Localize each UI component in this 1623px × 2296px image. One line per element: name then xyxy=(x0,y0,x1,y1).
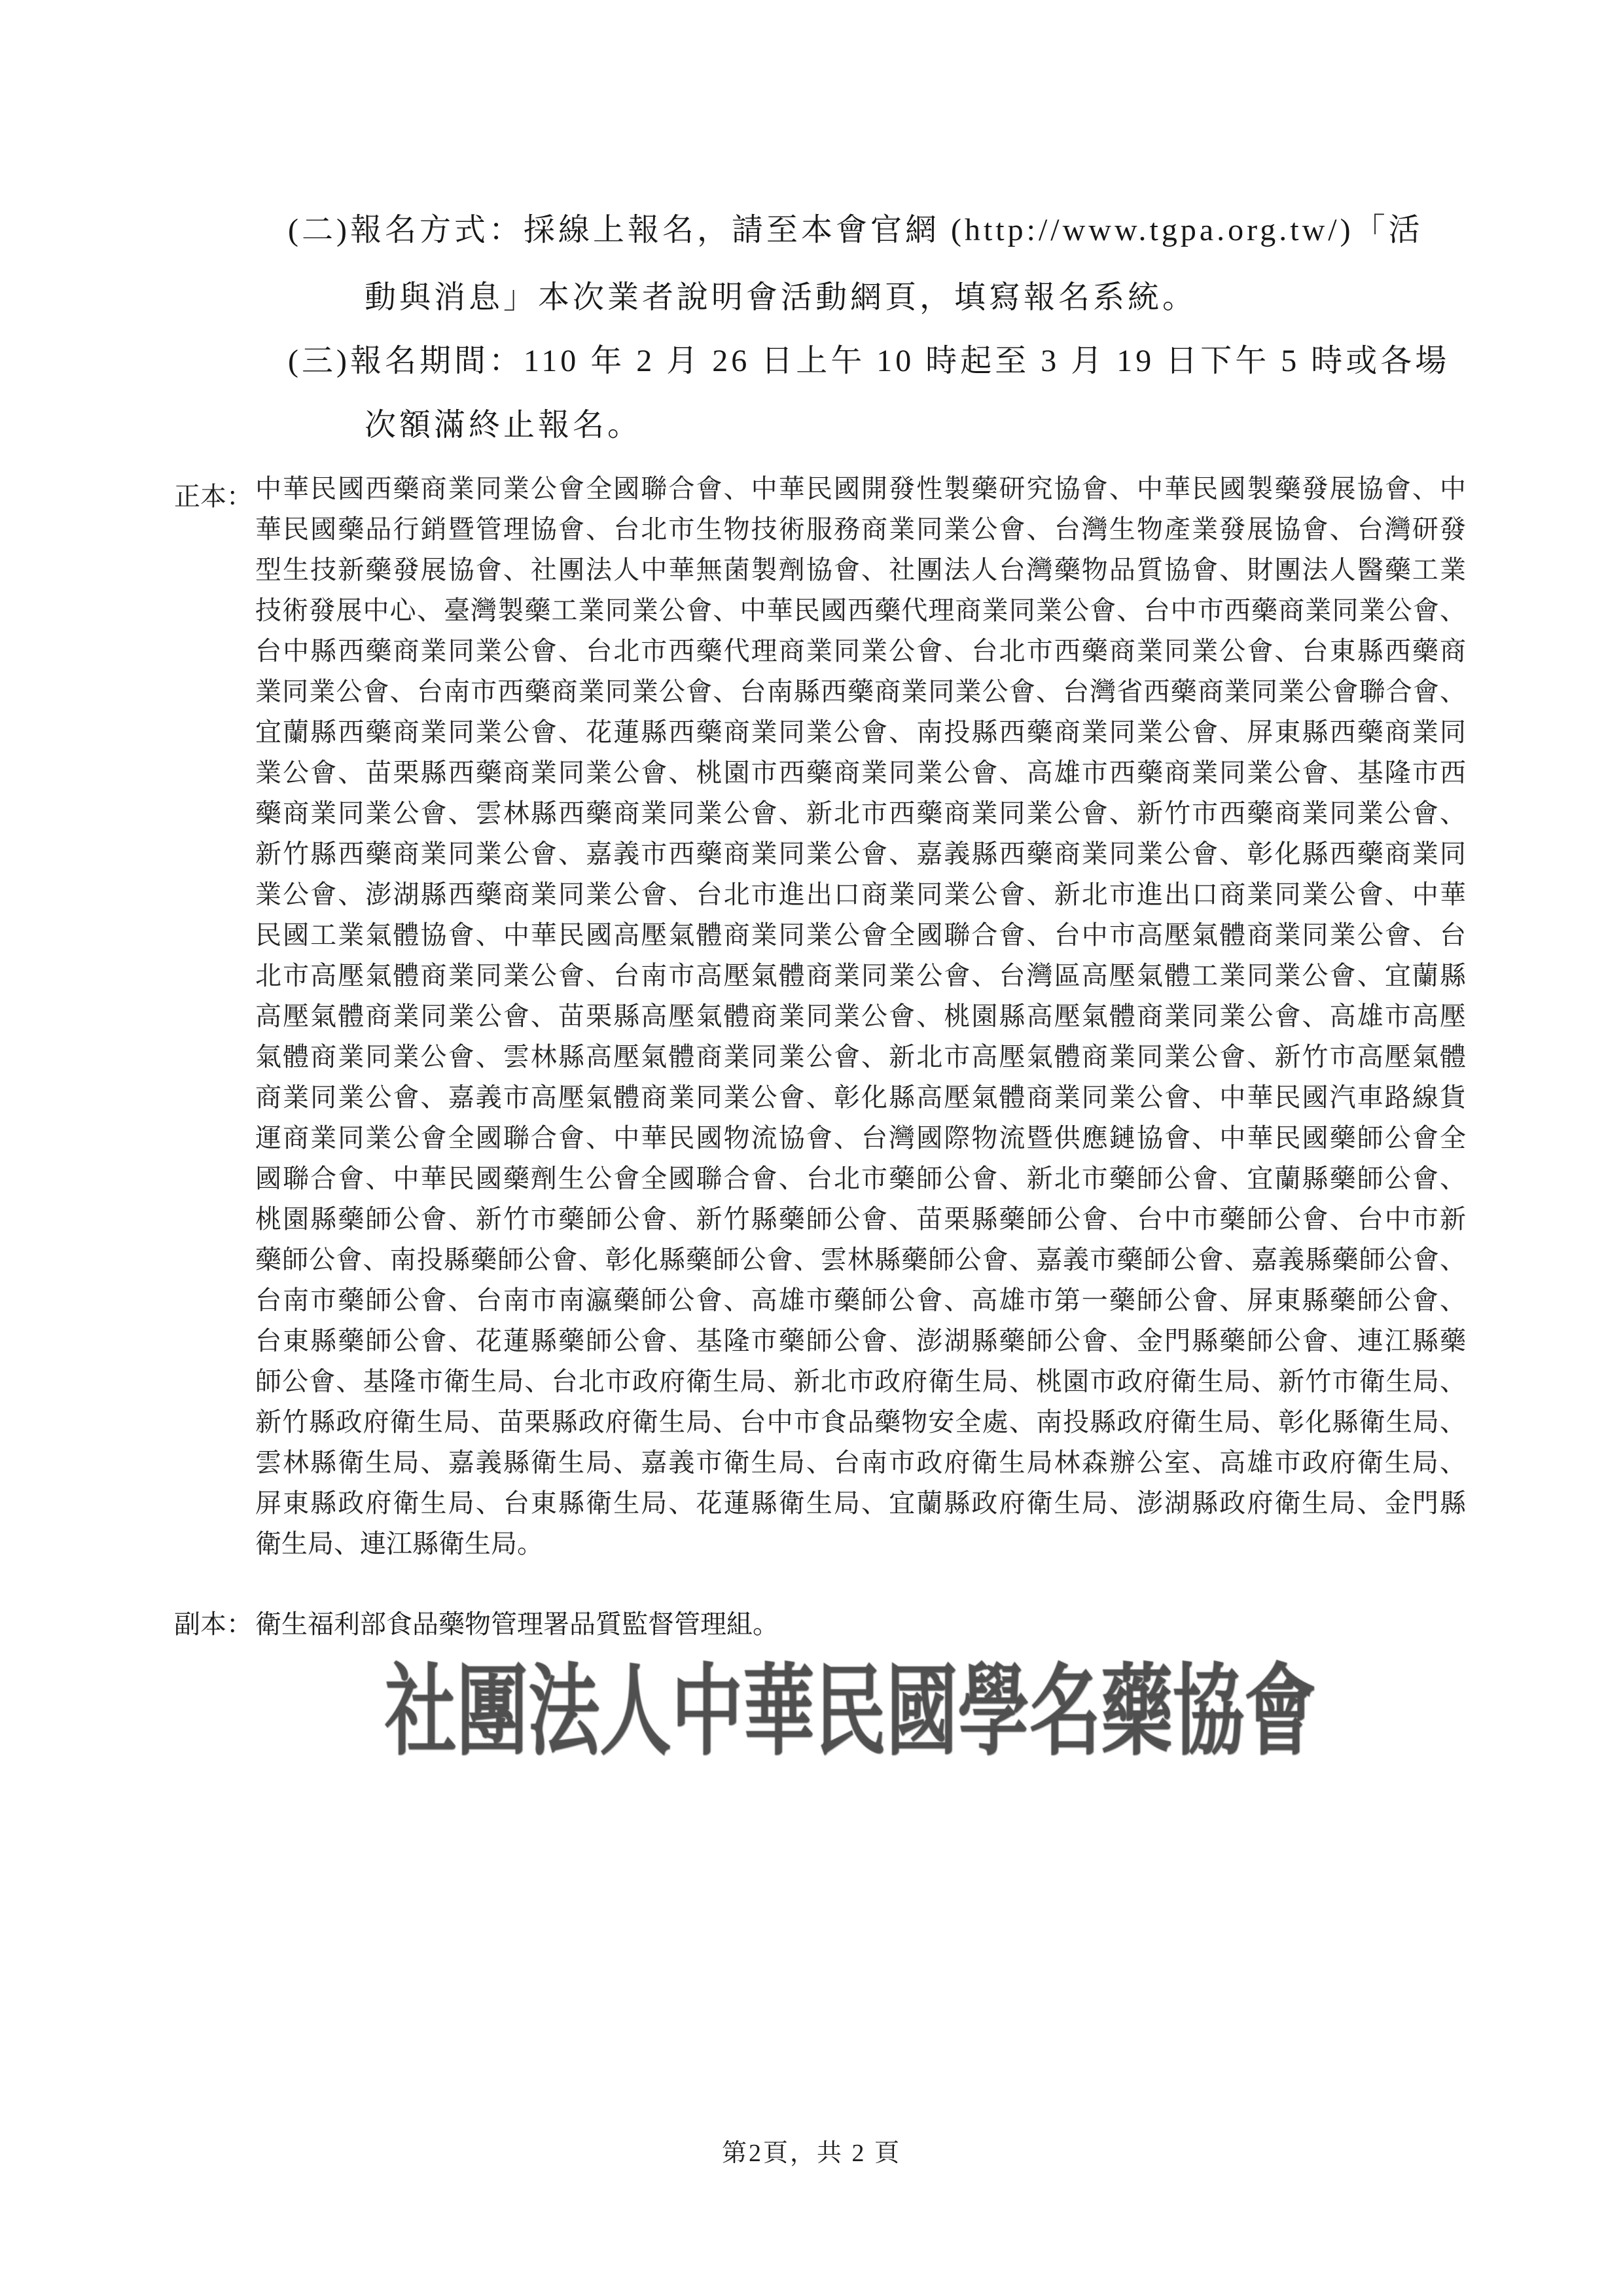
recipients-line: 業公會、澎湖縣西藥商業同業公會、台北市進出口商業同業公會、新北市進出口商業同業公… xyxy=(255,874,1466,915)
notice-line-registration-method-cont: 動與消息」本次業者說明會活動網頁，填寫報名系統。 xyxy=(365,272,1197,317)
recipients-line: 台南市藥師公會、台南市南瀛藥師公會、高雄市藥師公會、高雄市第一藥師公會、屏東縣藥… xyxy=(255,1280,1466,1321)
recipients-line: 華民國藥品行銷暨管理協會、台北市生物技術服務商業同業公會、台灣生物產業發展協會、… xyxy=(255,509,1466,550)
recipients-line: 商業同業公會、嘉義市高壓氣體商業同業公會、彰化縣高壓氣體商業同業公會、中華民國汽… xyxy=(255,1077,1466,1118)
recipients-line: 北市高壓氣體商業同業公會、台南市高壓氣體商業同業公會、台灣區高壓氣體工業同業公會… xyxy=(255,956,1466,996)
recipients-line: 業同業公會、台南市西藥商業同業公會、台南縣西藥商業同業公會、台灣省西藥商業同業公… xyxy=(255,672,1466,712)
recipients-line: 台東縣藥師公會、花蓮縣藥師公會、基隆市藥師公會、澎湖縣藥師公會、金門縣藥師公會、… xyxy=(255,1321,1466,1361)
recipients-line: 藥商業同業公會、雲林縣西藥商業同業公會、新北市西藥商業同業公會、新竹市西藥商業同… xyxy=(255,793,1466,834)
recipients-line: 藥師公會、南投縣藥師公會、彰化縣藥師公會、雲林縣藥師公會、嘉義市藥師公會、嘉義縣… xyxy=(255,1240,1466,1280)
recipients-line: 型生技新藥發展協會、社團法人中華無菌製劑協會、社團法人台灣藥物品質協會、財團法人… xyxy=(255,550,1466,590)
recipients-line: 屏東縣政府衛生局、台東縣衛生局、花蓮縣衛生局、宜蘭縣政府衛生局、澎湖縣政府衛生局… xyxy=(255,1483,1466,1524)
notice-line-registration-period-cont: 次額滿終止報名。 xyxy=(365,399,642,444)
cc-label: 副本： xyxy=(174,1604,253,1641)
recipients-line: 民國工業氣體協會、中華民國高壓氣體商業同業公會全國聯合會、台中市高壓氣體商業同業… xyxy=(255,915,1466,956)
recipients-line: 師公會、基隆市衛生局、台北市政府衛生局、新北市政府衛生局、桃園市政府衛生局、新竹… xyxy=(255,1361,1466,1402)
recipients-line: 台中縣西藥商業同業公會、台北市西藥代理商業同業公會、台北市西藥商業同業公會、台東… xyxy=(255,631,1466,672)
document-page: (二)報名方式：採線上報名，請至本會官網 (http://www.tgpa.or… xyxy=(0,0,1623,2296)
recipients-line: 桃園縣藥師公會、新竹市藥師公會、新竹縣藥師公會、苗栗縣藥師公會、台中市藥師公會、… xyxy=(255,1199,1466,1240)
association-stamp: 社團法人中華民國學名藥協會 xyxy=(385,1657,1321,1775)
recipients-line: 運商業同業公會全國聯合會、中華民國物流協會、台灣國際物流暨供應鏈協會、中華民國藥… xyxy=(255,1118,1466,1158)
association-stamp-text: 社團法人中華民國學名藥協會 xyxy=(385,1657,1316,1767)
recipients-list: 中華民國西藥商業同業公會全國聯合會、中華民國開發性製藥研究協會、中華民國製藥發展… xyxy=(255,469,1466,1564)
recipients-line: 技術發展中心、臺灣製藥工業同業公會、中華民國西藥代理商業同業公會、台中市西藥商業… xyxy=(255,590,1466,631)
recipients-line: 新竹縣西藥商業同業公會、嘉義市西藥商業同業公會、嘉義縣西藥商業同業公會、彰化縣西… xyxy=(255,834,1466,874)
recipients-line: 衛生局、連江縣衛生局。 xyxy=(255,1524,1466,1564)
recipients-line: 業公會、苗栗縣西藥商業同業公會、桃園市西藥商業同業公會、高雄市西藥商業同業公會、… xyxy=(255,753,1466,793)
recipients-line: 中華民國西藥商業同業公會全國聯合會、中華民國開發性製藥研究協會、中華民國製藥發展… xyxy=(255,469,1466,509)
recipients-label: 正本： xyxy=(174,476,253,513)
notice-line-registration-period: (三)報名期間：110 年 2 月 26 日上午 10 時起至 3 月 19 日… xyxy=(288,335,1450,380)
notice-line-registration-method: (二)報名方式：採線上報名，請至本會官網 (http://www.tgpa.or… xyxy=(288,204,1423,249)
recipients-line: 新竹縣政府衛生局、苗栗縣政府衛生局、台中市食品藥物安全處、南投縣政府衛生局、彰化… xyxy=(255,1402,1466,1443)
recipients-line: 氣體商業同業公會、雲林縣高壓氣體商業同業公會、新北市高壓氣體商業同業公會、新竹市… xyxy=(255,1037,1466,1077)
page-footer: 第2頁，共 2 頁 xyxy=(0,2132,1623,2168)
recipients-line: 國聯合會、中華民國藥劑生公會全國聯合會、台北市藥師公會、新北市藥師公會、宜蘭縣藥… xyxy=(255,1158,1466,1199)
recipients-line: 宜蘭縣西藥商業同業公會、花蓮縣西藥商業同業公會、南投縣西藥商業同業公會、屏東縣西… xyxy=(255,712,1466,753)
recipients-line: 雲林縣衛生局、嘉義縣衛生局、嘉義市衛生局、台南市政府衛生局林森辦公室、高雄市政府… xyxy=(255,1443,1466,1483)
recipients-line: 高壓氣體商業同業公會、苗栗縣高壓氣體商業同業公會、桃園縣高壓氣體商業同業公會、高… xyxy=(255,996,1466,1037)
cc-text: 衛生福利部食品藥物管理署品質監督管理組。 xyxy=(255,1604,779,1641)
